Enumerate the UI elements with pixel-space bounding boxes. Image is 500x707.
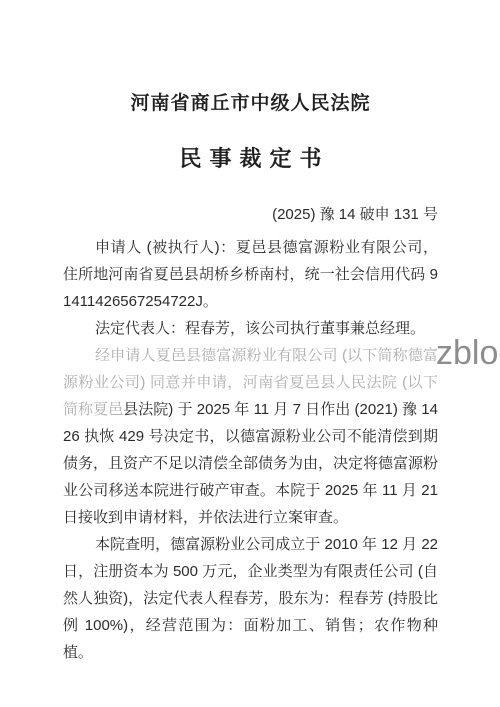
case-number: (2025) 豫 14 破申 131 号 bbox=[63, 202, 438, 228]
zblog-watermark: zblog bbox=[436, 334, 500, 372]
normal-text-segment: 县法院) 于 2025 年 11 月 7 日作出 (2021) 豫 1426 执… bbox=[63, 401, 438, 526]
paragraph-transfer-ruling: 经申请人夏邑县德富源粉业有限公司 (以下简称德富源粉业公司) 同意并申请，河南省… bbox=[63, 342, 438, 531]
paragraph-court-findings: 本院查明，德富源粉业公司成立于 2010 年 12 月 22 日，注册资本为 5… bbox=[63, 531, 438, 666]
document-page: 河南省商丘市中级人民法院 民事裁定书 (2025) 豫 14 破申 131 号 … bbox=[0, 0, 500, 707]
paragraph-applicant-info: 申请人 (被执行人)：夏邑县德富源粉业有限公司，住所地河南省夏邑县胡桥乡桥南村，… bbox=[63, 234, 438, 315]
paragraph-legal-representative: 法定代表人：程春芳，该公司执行董事兼总经理。 bbox=[63, 315, 438, 342]
document-body: 申请人 (被执行人)：夏邑县德富源粉业有限公司，住所地河南省夏邑县胡桥乡桥南村，… bbox=[63, 234, 438, 666]
document-title: 民事裁定书 bbox=[63, 144, 438, 174]
court-name-heading: 河南省商丘市中级人民法院 bbox=[63, 92, 438, 116]
